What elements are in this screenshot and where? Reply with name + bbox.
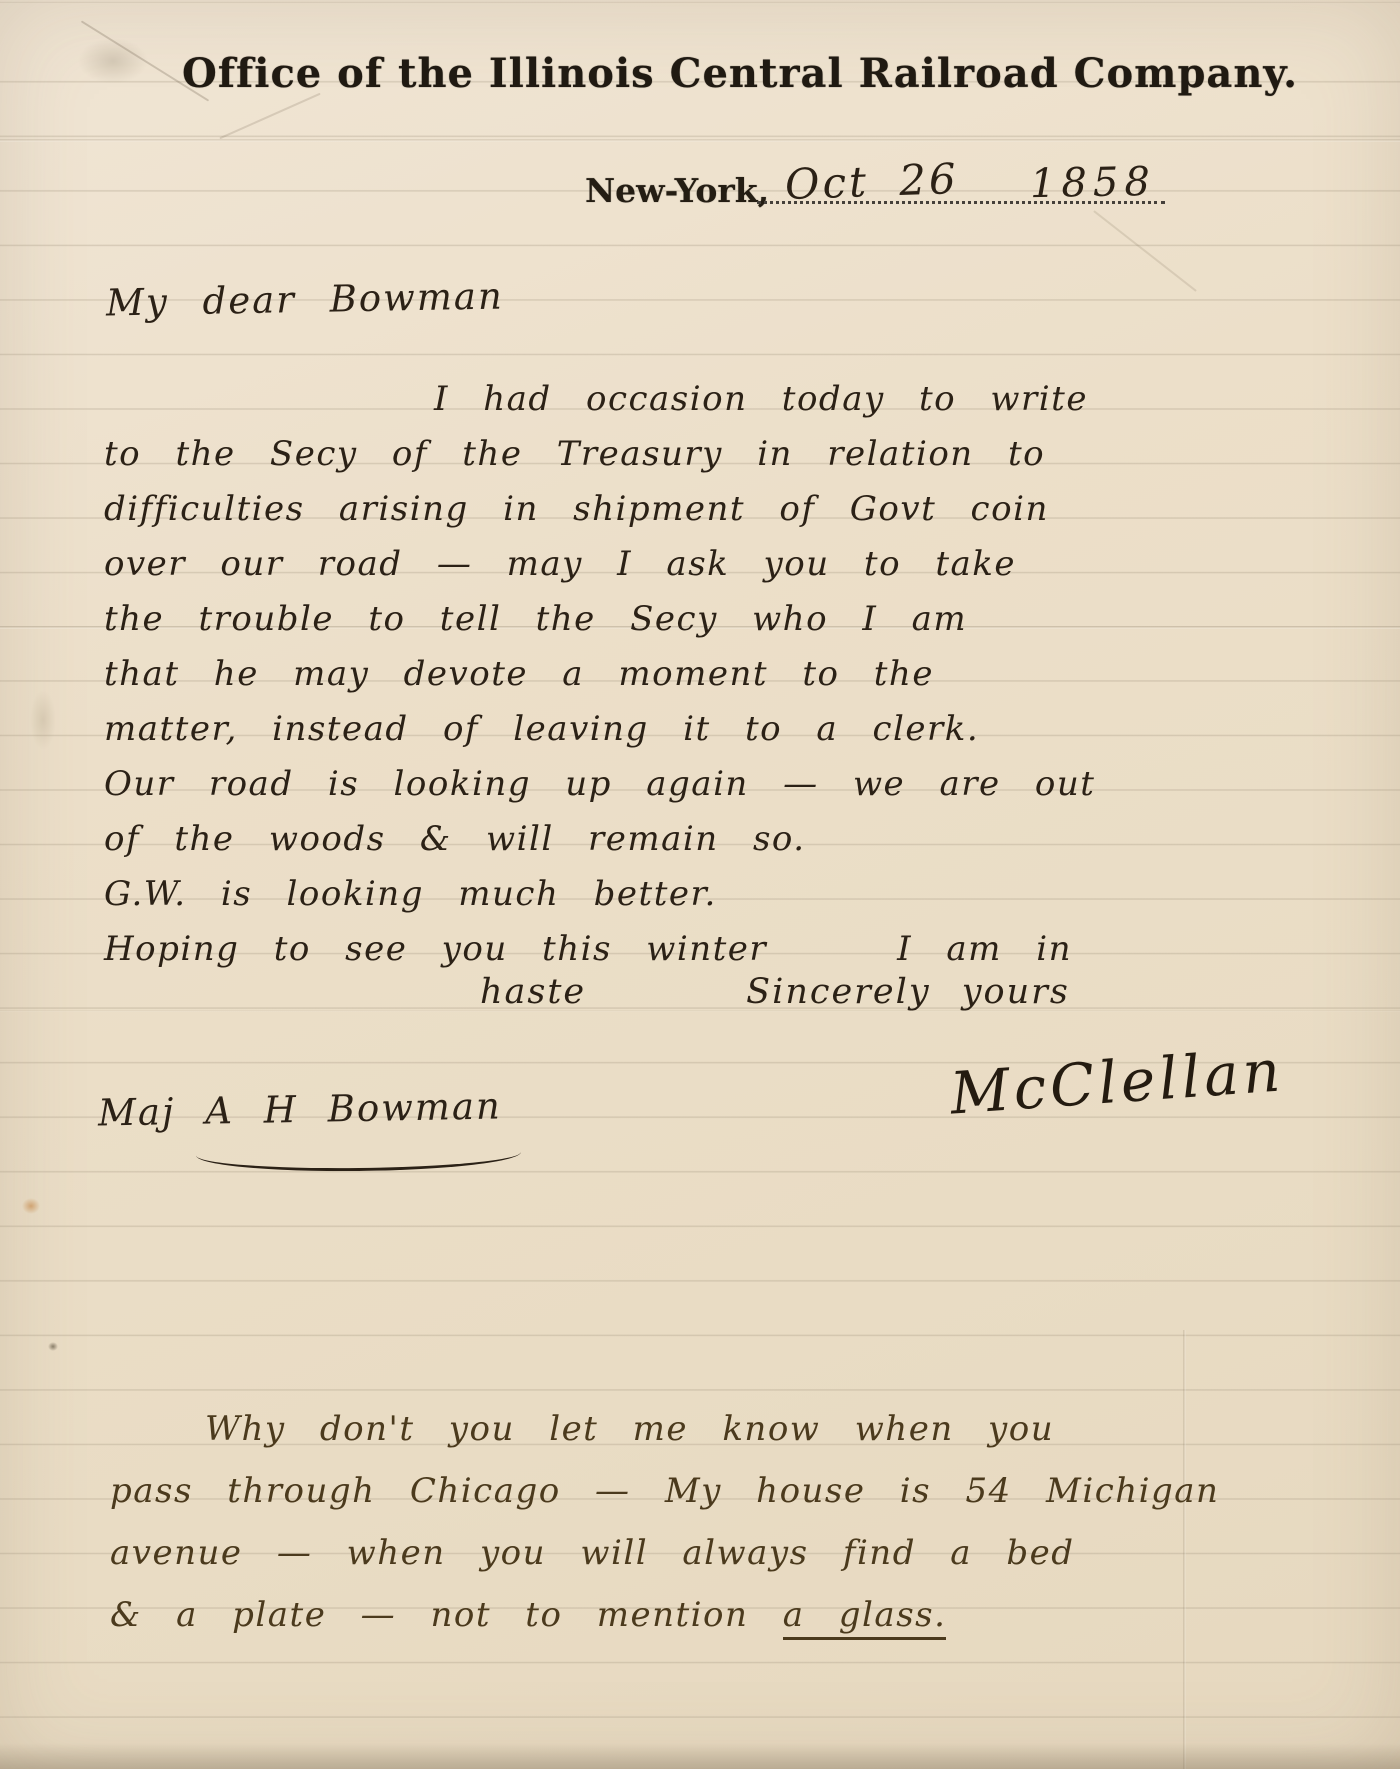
body-line: difficulties arising in shipment of Govt… [104,482,1194,537]
addressee-name: Maj A H Bowman [98,1084,502,1134]
letter-page: Office of the Illinois Central Railroad … [0,0,1400,1769]
letter-body: I had occasion today to write to the Sec… [104,372,1194,977]
closing-line-right: I am in [897,922,1072,977]
body-line: matter, instead of leaving it to a clerk… [104,702,1194,757]
postscript: Why don't you let me know when you pass … [110,1398,1230,1646]
letterhead-title: Office of the Illinois Central Railroad … [40,50,1400,97]
dateline: New-York, Oct 26 1858 [585,158,1165,214]
valediction-haste: haste [480,972,586,1012]
body-line: G.W. is looking much better. [104,867,1194,922]
handwritten-date-year: 1858 [1030,159,1157,207]
closing-line-left: Hoping to see you this winter [104,922,767,977]
dateline-place: New-York, [585,171,769,210]
body-line: of the woods & will remain so. [104,812,1194,867]
paper-stain [22,1198,40,1214]
postscript-underlined-phrase: a glass. [783,1595,947,1640]
valediction-sincerely: Sincerely yours [746,972,1070,1012]
postscript-line: avenue — when you will always find a bed [110,1522,1230,1584]
body-line: the trouble to tell the Secy who I am [104,592,1194,647]
body-line: I had occasion today to write [104,372,1194,427]
paper-stain [30,690,56,750]
valediction: haste Sincerely yours [480,972,1070,1012]
postscript-line: Why don't you let me know when you [110,1398,1230,1460]
postscript-line: & a plate — not to mention a glass. [110,1584,1230,1646]
body-line: Our road is looking up again — we are ou… [104,757,1194,812]
body-line: to the Secy of the Treasury in relation … [104,427,1194,482]
postscript-line: pass through Chicago — My house is 54 Mi… [110,1460,1230,1522]
salutation: My dear Bowman [106,275,504,325]
body-line: that he may devote a moment to the [104,647,1194,702]
postscript-last-line-prefix: & a plate — not to mention [110,1595,783,1635]
horizontal-fold-line [0,139,1400,142]
body-line: over our road — may I ask you to take [104,537,1194,592]
body-line: Hoping to see you this winter I am in [104,922,1194,977]
page-bottom-edge-shadow [0,1743,1400,1769]
handwritten-date-month-day: Oct 26 [784,154,959,209]
paper-stain [48,1342,58,1351]
